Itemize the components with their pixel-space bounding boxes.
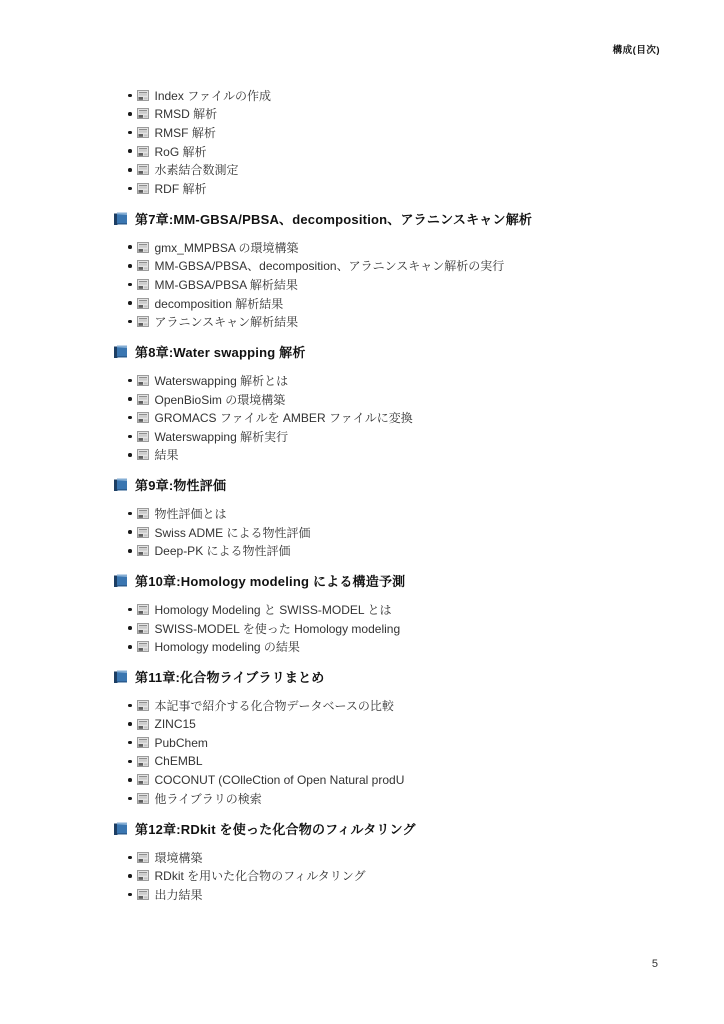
- bullet-dot: [128, 626, 132, 630]
- chapter-heading-text: 第9章:物性評価: [135, 475, 226, 494]
- thumbnail-icon: [137, 146, 149, 157]
- thumbnail-icon: [137, 700, 149, 711]
- toc-list: Waterswapping 解析とはOpenBioSim の環境構築GROMAC…: [0, 371, 724, 464]
- toc-item-text: 結果: [155, 446, 179, 463]
- toc-item-text: 水素結合数測定: [155, 161, 239, 178]
- thumbnail-icon: [137, 316, 149, 327]
- toc-item: decomposition 解析結果: [0, 294, 724, 313]
- toc-item: RMSD 解析: [0, 105, 724, 124]
- thumbnail-icon: [137, 242, 149, 253]
- chapter-heading: 第8章:Water swapping 解析: [0, 342, 724, 361]
- toc-item-text: Index ファイルの作成: [155, 87, 271, 104]
- chapter-heading-text: 第12章:RDkit を使った化合物のフィルタリング: [135, 819, 416, 838]
- blue-book-icon: [114, 212, 127, 225]
- toc-list: 物性評価とはSwiss ADME による物性評価Deep-PK による物性評価: [0, 504, 724, 560]
- blue-book-icon: [114, 478, 127, 491]
- toc-item: RoG 解析: [0, 142, 724, 161]
- bullet-dot: [128, 512, 132, 516]
- thumbnail-icon: [137, 756, 149, 767]
- bullet-dot: [128, 797, 132, 801]
- toc-item-text: decomposition 解析結果: [155, 295, 284, 312]
- bullet-dot: [128, 608, 132, 612]
- thumbnail-icon: [137, 870, 149, 881]
- toc-item: RDkit を用いた化合物のフィルタリング: [0, 867, 724, 886]
- thumbnail-icon: [137, 183, 149, 194]
- bullet-dot: [128, 416, 132, 420]
- page-header: 構成(目次): [613, 42, 660, 56]
- toc-item: ZINC15: [0, 715, 724, 734]
- toc-item-text: RMSD 解析: [155, 105, 218, 122]
- toc-item-text: RoG 解析: [155, 143, 207, 160]
- toc-item-text: Homology modeling の結果: [155, 638, 300, 655]
- toc-item: 出力結果: [0, 885, 724, 904]
- toc-item: OpenBioSim の環境構築: [0, 390, 724, 409]
- thumbnail-icon: [137, 449, 149, 460]
- chapter-heading: 第12章:RDkit を使った化合物のフィルタリング: [0, 819, 724, 838]
- toc-item: PubChem: [0, 733, 724, 752]
- thumbnail-icon: [137, 793, 149, 804]
- bullet-dot: [128, 722, 132, 726]
- chapter-heading-text: 第10章:Homology modeling による構造予測: [135, 571, 405, 590]
- toc-item-text: 本記事で紹介する化合物データベースの比較: [155, 697, 394, 714]
- thumbnail-icon: [137, 604, 149, 615]
- toc-item: Index ファイルの作成: [0, 86, 724, 105]
- toc-item: Swiss ADME による物性評価: [0, 523, 724, 542]
- bullet-dot: [128, 94, 132, 98]
- bullet-dot: [128, 149, 132, 153]
- toc-item: GROMACS ファイルを AMBER ファイルに変換: [0, 408, 724, 427]
- toc-item-text: アラニンスキャン解析結果: [155, 313, 299, 330]
- bullet-dot: [128, 741, 132, 745]
- toc-item-text: Waterswapping 解析実行: [155, 428, 289, 445]
- toc-item: RMSF 解析: [0, 123, 724, 142]
- toc-item: Waterswapping 解析とは: [0, 371, 724, 390]
- toc-item-text: ChEMBL: [155, 754, 203, 768]
- page-number: 5: [652, 958, 658, 970]
- toc-item-text: Swiss ADME による物性評価: [155, 524, 311, 541]
- toc-item: Deep-PK による物性評価: [0, 542, 724, 561]
- toc-item: 物性評価とは: [0, 504, 724, 523]
- thumbnail-icon: [137, 394, 149, 405]
- toc-item-text: RDkit を用いた化合物のフィルタリング: [155, 867, 366, 884]
- thumbnail-icon: [137, 623, 149, 634]
- toc-item-text: SWISS-MODEL を使った Homology modeling: [155, 620, 401, 637]
- thumbnail-icon: [137, 737, 149, 748]
- toc-item: Homology Modeling と SWISS-MODEL とは: [0, 600, 724, 619]
- blue-book-icon: [114, 574, 127, 587]
- bullet-dot: [128, 778, 132, 782]
- thumbnail-icon: [137, 90, 149, 101]
- blue-book-icon: [114, 822, 127, 835]
- bullet-dot: [128, 320, 132, 324]
- bullet-dot: [128, 856, 132, 860]
- bullet-dot: [128, 379, 132, 383]
- bullet-dot: [128, 760, 132, 764]
- bullet-dot: [128, 704, 132, 708]
- blue-book-icon: [114, 345, 127, 358]
- toc-item: 環境構築: [0, 848, 724, 867]
- thumbnail-icon: [137, 127, 149, 138]
- toc-list: Homology Modeling と SWISS-MODEL とはSWISS-…: [0, 600, 724, 656]
- toc-item: MM-GBSA/PBSA 解析結果: [0, 275, 724, 294]
- bullet-dot: [128, 893, 132, 897]
- toc-item-text: PubChem: [155, 736, 208, 750]
- toc-list: Index ファイルの作成RMSD 解析RMSF 解析RoG 解析水素結合数測定…: [0, 86, 724, 198]
- toc-item-text: RDF 解析: [155, 180, 207, 197]
- toc-item: SWISS-MODEL を使った Homology modeling: [0, 619, 724, 638]
- toc-item-text: Homology Modeling と SWISS-MODEL とは: [155, 601, 392, 618]
- toc-item: 本記事で紹介する化合物データベースの比較: [0, 696, 724, 715]
- thumbnail-icon: [137, 412, 149, 423]
- toc-item: Waterswapping 解析実行: [0, 427, 724, 446]
- thumbnail-icon: [137, 375, 149, 386]
- thumbnail-icon: [137, 527, 149, 538]
- toc-item-text: 出力結果: [155, 886, 203, 903]
- toc-item-text: 他ライブラリの検索: [155, 790, 262, 807]
- bullet-dot: [128, 187, 132, 191]
- thumbnail-icon: [137, 431, 149, 442]
- thumbnail-icon: [137, 164, 149, 175]
- toc-item: COCONUT (COlleCtion of Open Natural prod…: [0, 771, 724, 790]
- toc-item-text: MM-GBSA/PBSA 解析結果: [155, 276, 298, 293]
- toc-item: アラニンスキャン解析結果: [0, 312, 724, 331]
- toc-item-text: RMSF 解析: [155, 124, 216, 141]
- thumbnail-icon: [137, 889, 149, 900]
- bullet-dot: [128, 453, 132, 457]
- toc-item-text: COCONUT (COlleCtion of Open Natural prod…: [155, 773, 405, 787]
- bullet-dot: [128, 549, 132, 553]
- toc-item-text: ZINC15: [155, 717, 196, 731]
- blue-book-icon: [114, 670, 127, 683]
- toc-list: gmx_MMPBSA の環境構築MM-GBSA/PBSA、decompositi…: [0, 238, 724, 331]
- toc-item-text: GROMACS ファイルを AMBER ファイルに変換: [155, 409, 413, 426]
- bullet-dot: [128, 264, 132, 268]
- bullet-dot: [128, 283, 132, 287]
- bullet-dot: [128, 530, 132, 534]
- bullet-dot: [128, 301, 132, 305]
- thumbnail-icon: [137, 852, 149, 863]
- thumbnail-icon: [137, 279, 149, 290]
- toc-list: 本記事で紹介する化合物データベースの比較ZINC15PubChemChEMBLC…: [0, 696, 724, 808]
- chapter-heading-text: 第11章:化合物ライブラリまとめ: [135, 667, 325, 686]
- chapter-heading: 第10章:Homology modeling による構造予測: [0, 571, 724, 590]
- toc-item-text: gmx_MMPBSA の環境構築: [155, 239, 299, 256]
- thumbnail-icon: [137, 774, 149, 785]
- toc-item: 水素結合数測定: [0, 161, 724, 180]
- toc-item-text: MM-GBSA/PBSA、decomposition、アラニンスキャン解析の実行: [155, 257, 505, 274]
- toc-list: 環境構築RDkit を用いた化合物のフィルタリング出力結果: [0, 848, 724, 904]
- bullet-dot: [128, 435, 132, 439]
- toc-item: 結果: [0, 446, 724, 465]
- bullet-dot: [128, 112, 132, 116]
- thumbnail-icon: [137, 641, 149, 652]
- thumbnail-icon: [137, 545, 149, 556]
- thumbnail-icon: [137, 508, 149, 519]
- toc-item-text: 環境構築: [155, 849, 203, 866]
- thumbnail-icon: [137, 298, 149, 309]
- bullet-dot: [128, 874, 132, 878]
- bullet-dot: [128, 131, 132, 135]
- toc-item-text: Waterswapping 解析とは: [155, 372, 289, 389]
- chapter-heading: 第7章:MM-GBSA/PBSA、decomposition、アラニンスキャン解…: [0, 209, 724, 228]
- toc-item-text: OpenBioSim の環境構築: [155, 391, 286, 408]
- toc-item: MM-GBSA/PBSA、decomposition、アラニンスキャン解析の実行: [0, 256, 724, 275]
- toc-item: Homology modeling の結果: [0, 637, 724, 656]
- toc-item: ChEMBL: [0, 752, 724, 771]
- thumbnail-icon: [137, 108, 149, 119]
- bullet-dot: [128, 168, 132, 172]
- toc-item: RDF 解析: [0, 179, 724, 198]
- document-page: 構成(目次) Index ファイルの作成RMSD 解析RMSF 解析RoG 解析…: [0, 0, 724, 1024]
- bullet-dot: [128, 397, 132, 401]
- chapter-heading: 第11章:化合物ライブラリまとめ: [0, 667, 724, 686]
- chapter-heading-text: 第7章:MM-GBSA/PBSA、decomposition、アラニンスキャン解…: [135, 209, 532, 228]
- toc-item: gmx_MMPBSA の環境構築: [0, 238, 724, 257]
- bullet-dot: [128, 645, 132, 649]
- thumbnail-icon: [137, 260, 149, 271]
- chapter-heading-text: 第8章:Water swapping 解析: [135, 342, 306, 361]
- toc-item: 他ライブラリの検索: [0, 789, 724, 808]
- toc-item-text: 物性評価とは: [155, 505, 227, 522]
- toc-item-text: Deep-PK による物性評価: [155, 542, 291, 559]
- chapter-heading: 第9章:物性評価: [0, 475, 724, 494]
- thumbnail-icon: [137, 719, 149, 730]
- table-of-contents: Index ファイルの作成RMSD 解析RMSF 解析RoG 解析水素結合数測定…: [0, 86, 724, 904]
- bullet-dot: [128, 245, 132, 249]
